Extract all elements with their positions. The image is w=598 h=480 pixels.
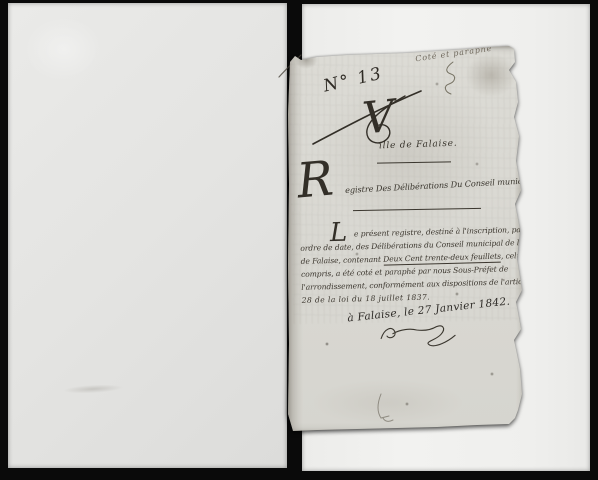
paragraph-line: de Falaise, contenant Deux Cent trente-d… [301,251,533,266]
folio-count-underlined: Deux Cent trente-deux feuillets [383,252,501,266]
title1-initial: V [361,94,397,141]
paragraph-line: e présent registre, destiné à l'inscript… [354,225,534,239]
paraph-squiggle-icon [437,60,467,100]
register-cover-page: Coté et paraphé N° 13 V ille de Falaise.… [287,44,527,434]
torn-corner-dark-spot [289,51,303,62]
pencil-smudge [63,383,123,394]
scanned-document-image: Coté et paraphé N° 13 V ille de Falaise.… [0,0,598,480]
faint-pen-mark-icon [371,392,401,426]
paragraph-line: compris, a été coté et paraphé par nous … [301,264,508,278]
document-page-wrapper: Coté et paraphé N° 13 V ille de Falaise.… [287,44,527,434]
left-blank-page [8,3,287,468]
line3-pre: de Falaise, contenant [301,255,384,266]
title2-initial: R [295,155,335,206]
paragraph-line: 28 de la loi du 18 juillet 1837. [302,292,431,304]
signature-squiggle-icon [376,317,458,353]
paragraph-line: l'arrondissement, conformément aux dispo… [301,277,529,292]
